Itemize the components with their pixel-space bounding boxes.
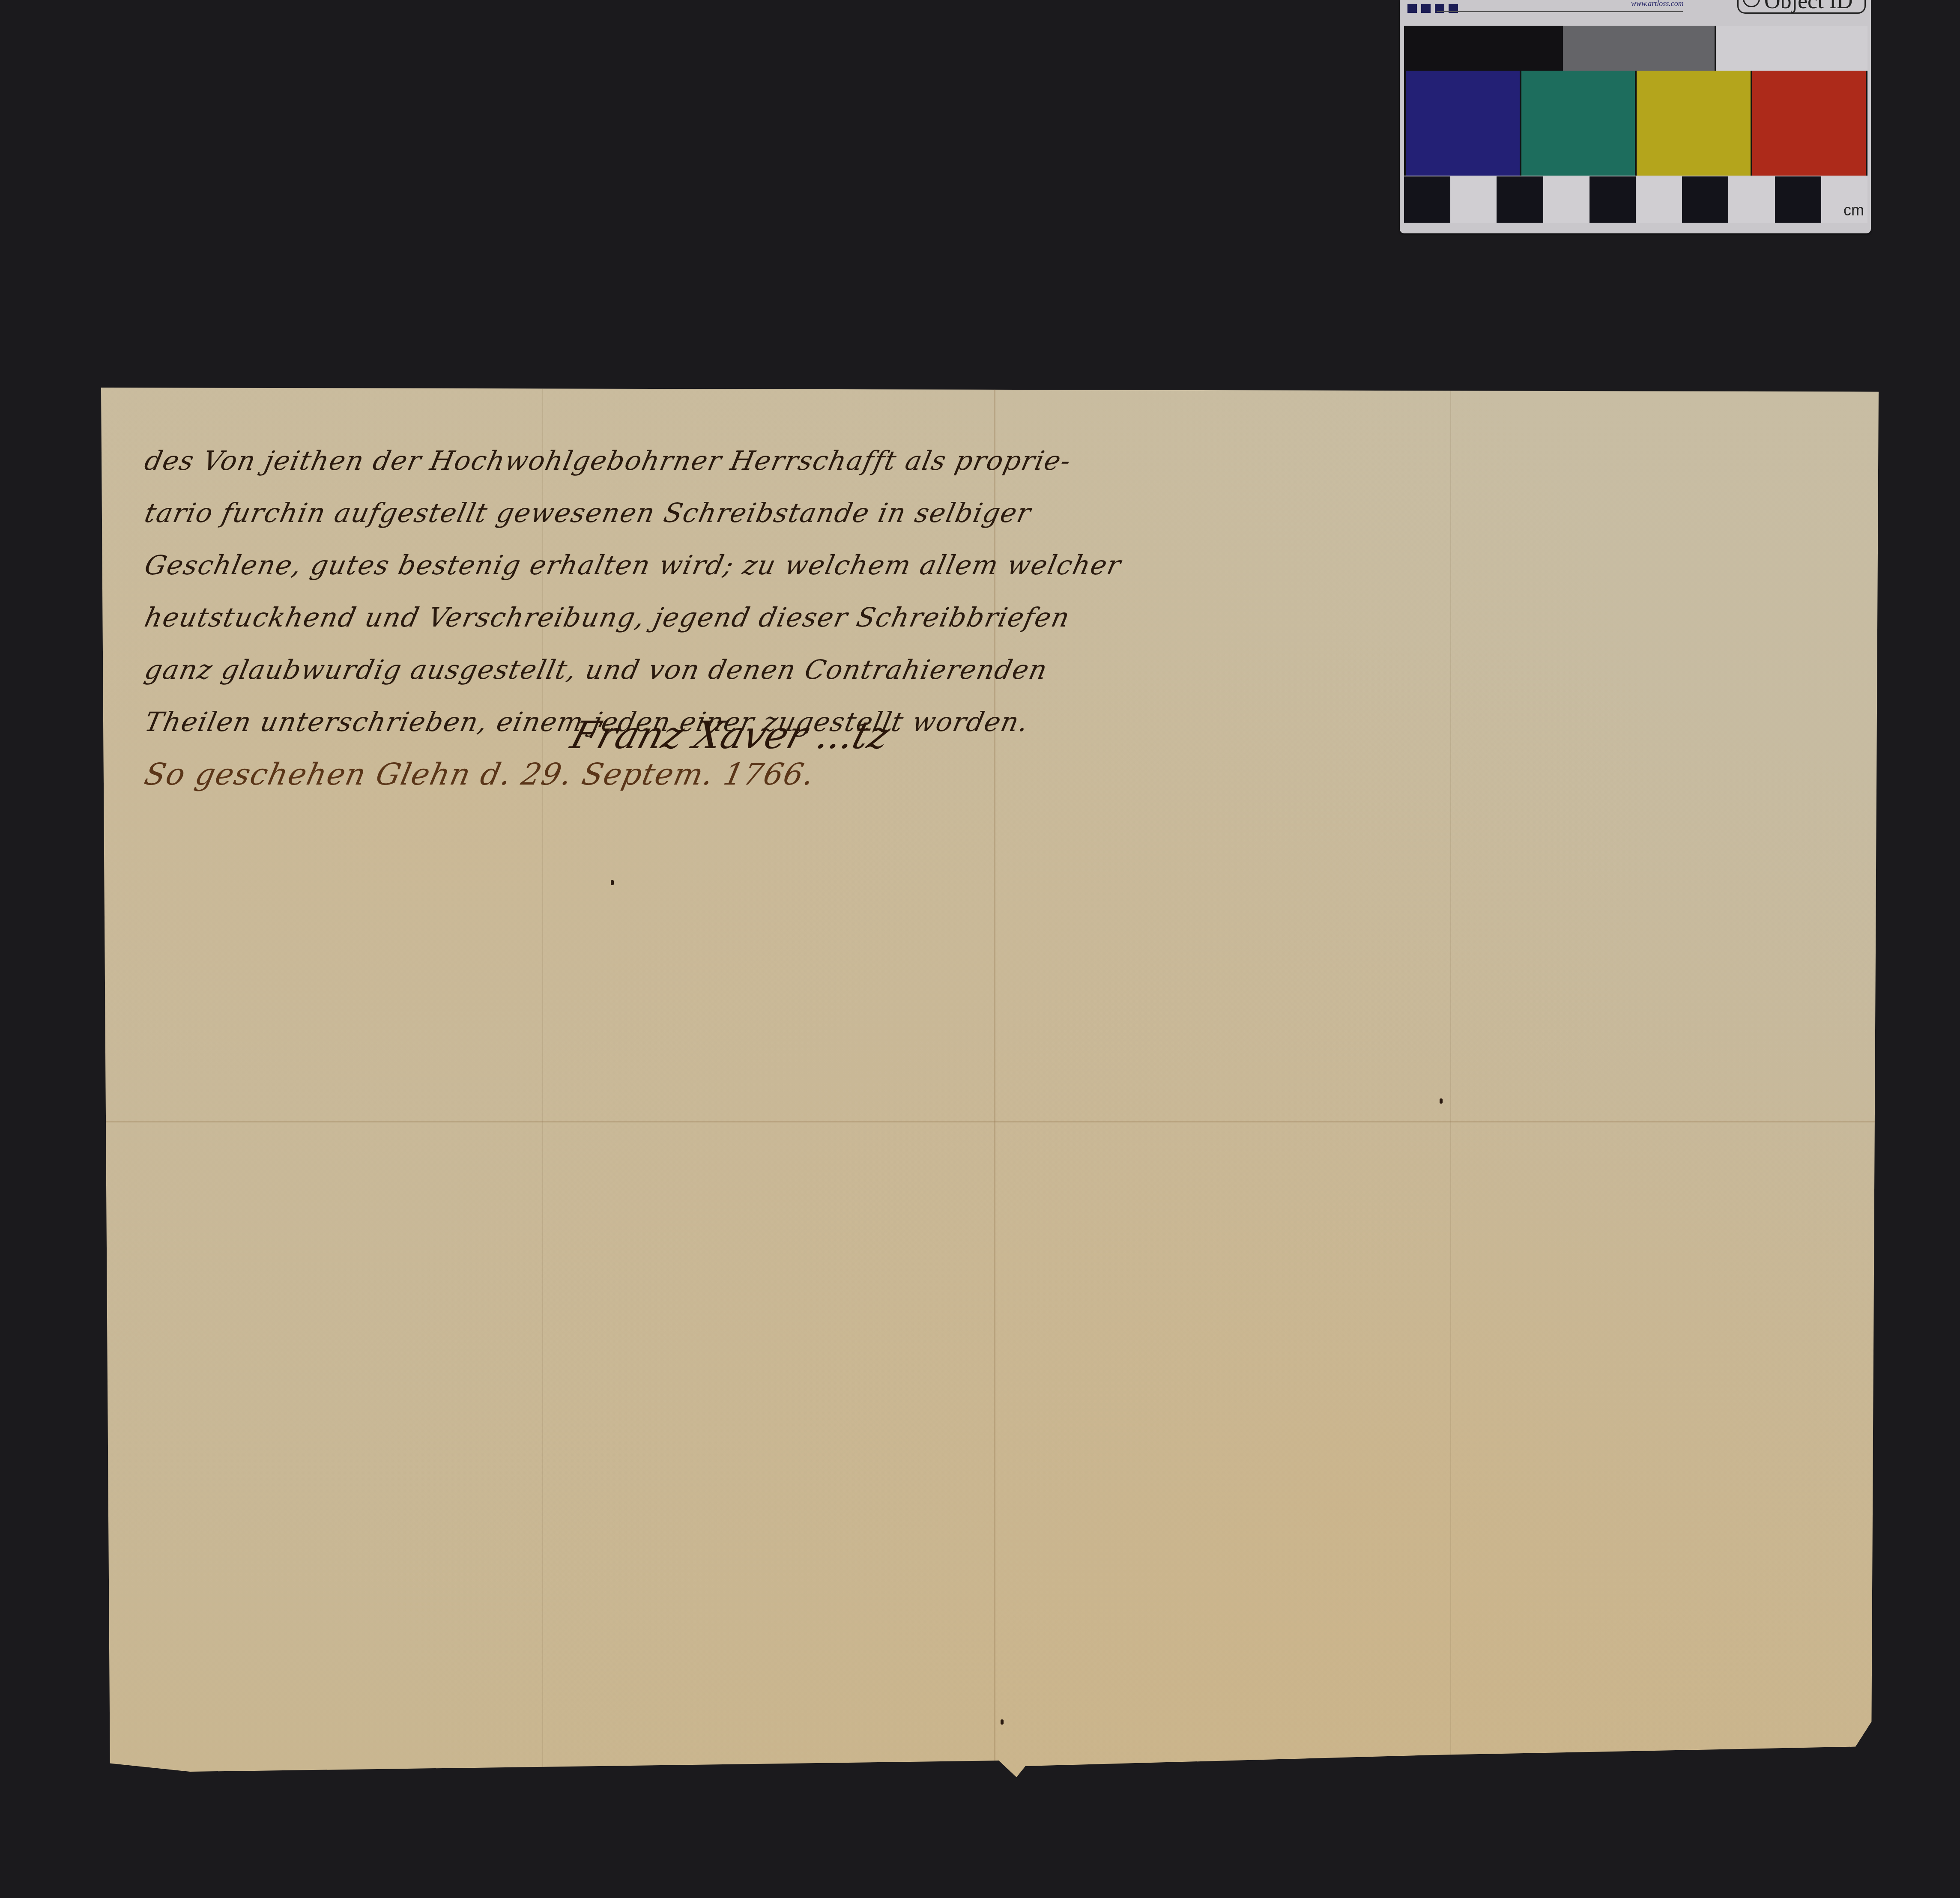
logo-text: Object ID	[1764, 0, 1852, 13]
patch-black	[1404, 26, 1563, 71]
paper-crease	[1450, 388, 1451, 1777]
manuscript-page: des Von jeithen der Hochwohlgebohrner He…	[101, 388, 1879, 1777]
calibration-grid: cm	[1404, 26, 1867, 229]
patch-blue	[1406, 71, 1520, 176]
text-line: tario furchin aufgestellt gewesenen Schr…	[140, 487, 1007, 539]
card-rule-line	[1437, 11, 1683, 12]
ink-speck	[1440, 1098, 1443, 1104]
signature: Franz Xaver ...tz	[566, 713, 895, 757]
text-line: heutstuckhend und Verschreibung, jegend …	[140, 591, 1007, 644]
horizontal-fold	[101, 1121, 1879, 1122]
text-line: ganz glaubwurdig ausgestellt, und von de…	[140, 644, 1007, 696]
text-line: Geschlene, gutes bestenig erhalten wird;…	[140, 539, 1007, 591]
ink-speck	[1001, 1719, 1004, 1725]
patch-gray	[1563, 26, 1714, 71]
patch-white	[1716, 26, 1867, 71]
unit-label: cm	[1843, 201, 1864, 219]
patch-green	[1521, 71, 1635, 176]
color-calibration-card: www.artloss.com Object ID cm	[1400, 0, 1871, 233]
patch-red	[1752, 71, 1866, 176]
object-id-logo: Object ID	[1737, 0, 1866, 14]
cm-scale-bar	[1404, 176, 1867, 223]
card-url: www.artloss.com	[1631, 0, 1684, 8]
patch-yellow	[1637, 71, 1751, 176]
ink-speck	[611, 880, 614, 885]
globe-icon	[1743, 0, 1760, 7]
text-line: des Von jeithen der Hochwohlgebohrner He…	[140, 435, 1007, 487]
color-patch-row	[1404, 71, 1867, 176]
gray-patch-row	[1404, 26, 1867, 71]
